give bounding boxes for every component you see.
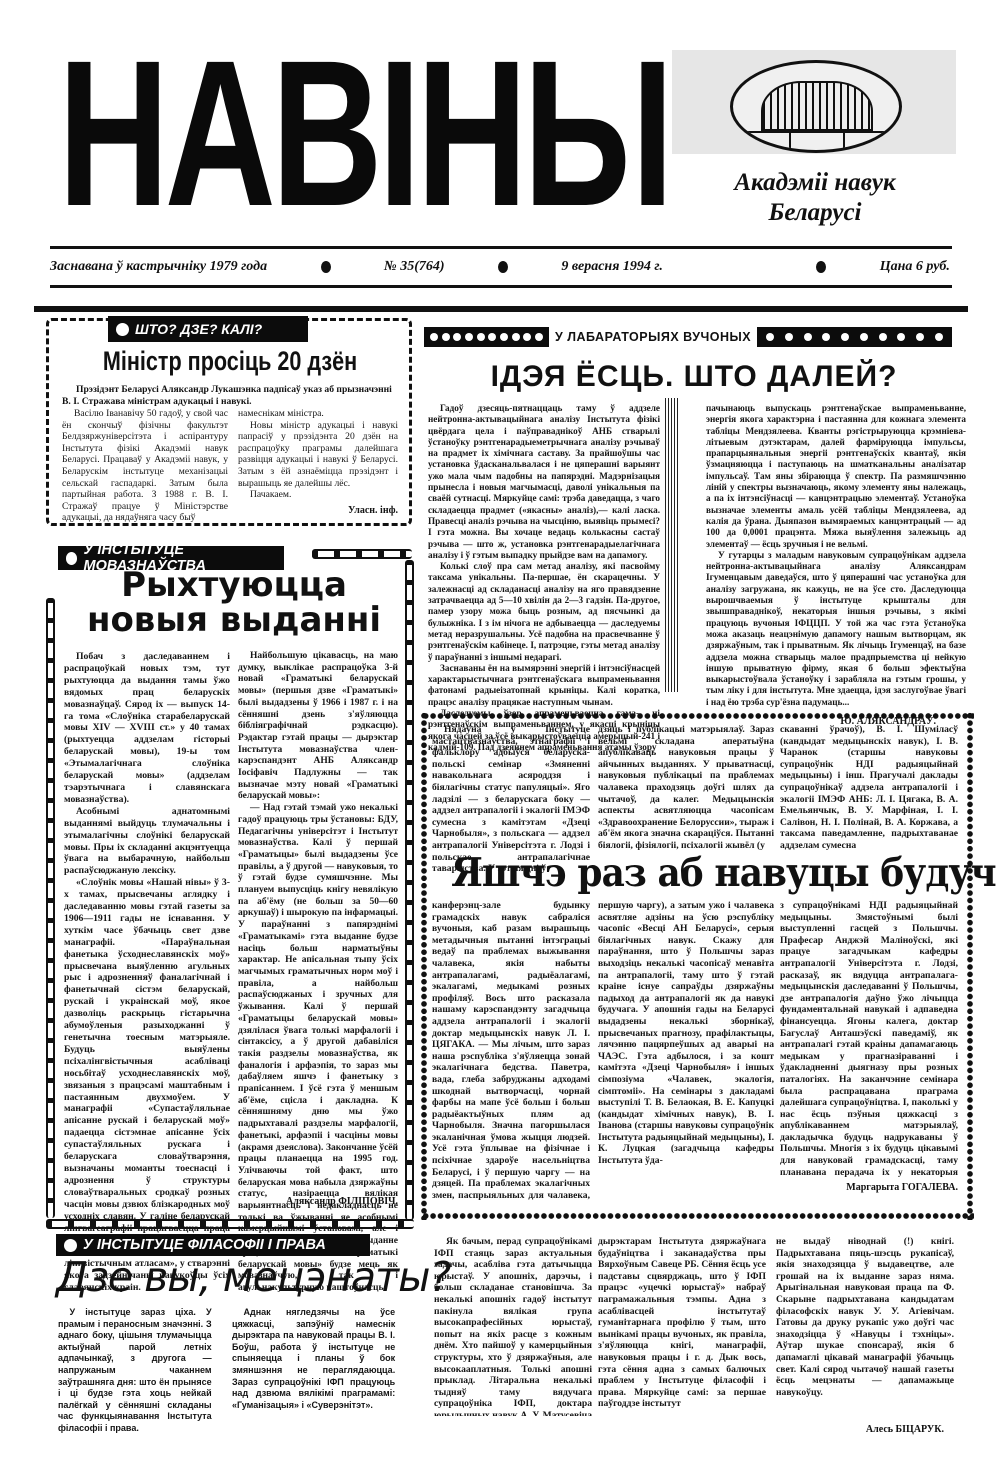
diamond-border-left	[420, 712, 428, 1220]
lab-column-1: Гадоў дзесяць-пятнаццаць таму ў аддзеле …	[428, 403, 660, 753]
seminar-signature: Маргарыта ГОГАЛЕВА.	[780, 1182, 958, 1193]
bullet-icon	[66, 552, 77, 565]
rubric-text: У ЛАБАРАТОРЫЯХ ВУЧОНЫХ	[549, 330, 757, 344]
issue-date: 9 верасня 1994 г.	[561, 259, 662, 275]
philosophy-signature: Алесь БІЦАРУК.	[776, 1424, 944, 1435]
language-signature: Аляксандр ФІЛІПОВІЧ.	[238, 1196, 398, 1207]
minister-headline: Міністр просіць 20 дзён	[94, 346, 366, 377]
issue-info-bar: Заснавана ў кастрычніку 1979 года № 35(7…	[50, 252, 950, 282]
newspaper-title: НАВІНЫ	[58, 44, 495, 224]
seminar-column-b-continued: першую чаргу), а затым ужо і чалавека ас…	[598, 900, 774, 1200]
column-separator	[665, 398, 679, 692]
lab-headline: ІДЭЯ ЁСЦЬ. ШТО ДАЛЕЙ?	[424, 360, 964, 394]
chain-border-left	[46, 598, 55, 1218]
philosophy-headline: Дзе вы, мецэнаты?	[56, 1254, 416, 1300]
top-rule	[50, 246, 952, 249]
bullet-icon	[321, 261, 331, 273]
academy-building-icon	[730, 60, 902, 153]
bullet-icon	[116, 323, 129, 336]
dot-strip-right	[757, 327, 952, 347]
diamond-border-right	[966, 712, 974, 1220]
philosophy-column-3: Як бачым, перад супрацоўнікамі ІФП стаяц…	[434, 1236, 592, 1416]
chain-border-top	[312, 549, 412, 559]
language-headline: Рыхтуюцца новыя выданні	[60, 568, 408, 638]
founded-text: Заснавана ў кастрычніку 1979 года	[50, 259, 267, 275]
diamond-border-top	[422, 712, 974, 720]
building-steps	[789, 129, 845, 153]
issue-price: Цана 6 руб.	[880, 259, 950, 275]
bullet-icon	[498, 261, 508, 273]
bullet-icon	[816, 261, 826, 273]
rubric-text: У ІНСТЫТУЦЕ ФІЛАСОФІІ І ПРАВА	[83, 1237, 326, 1253]
seminar-column-a-continued: канферэнц-зале будынку грамадскіх навук …	[432, 900, 590, 1200]
building-facade	[761, 81, 873, 131]
minister-column-2: намеснікам міністра. Новы міністр адукац…	[238, 408, 398, 516]
bullet-icon	[64, 1239, 77, 1252]
language-column-1: Побач з даследаваннем і распрацоўкай нов…	[64, 651, 230, 1294]
subtitle-line-2: Беларусі	[690, 198, 940, 228]
chain-border-right	[405, 560, 414, 1220]
minister-signature: Уласн. інф.	[238, 505, 398, 517]
seminar-column-c-continued: з супрацоўнікамі НДІ радыяцыйнай медыцын…	[780, 900, 958, 1178]
rubric-what-where-when: ШТО? ДЗЕ? КАЛІ?	[108, 316, 308, 342]
thick-rule	[34, 306, 968, 312]
seminar-column-b: дзяць і публікацыі матэрыялаў. Зараз вел…	[598, 724, 774, 852]
philosophy-column-5: не выдаў ніводнай (!) кнігі. Падрыхтаван…	[776, 1236, 954, 1416]
seminar-column-c: скаванні ўрачоў), В. І. Шуміласў (кандыд…	[780, 724, 958, 852]
newspaper-subtitle: Акадэміі навук Беларусі	[690, 168, 940, 228]
philosophy-column-4: дырэктарам Інстытута дзяржаўнага будаўні…	[598, 1236, 766, 1416]
minister-column-1: Васілю Іванавічу 50 гадоў, у свой час ён…	[62, 408, 228, 524]
minister-lead: Прэзідэнт Беларусі Аляксандр Лукашэнка п…	[62, 384, 396, 407]
rubric-text: ШТО? ДЗЕ? КАЛІ?	[135, 321, 262, 337]
rubric-laboratories: У ЛАБАРАТОРЫЯХ ВУЧОНЫХ	[424, 326, 964, 348]
philosophy-column-1: У інстытуце зараз ціха. У прамым і перан…	[58, 1306, 212, 1434]
subtitle-line-1: Акадэміі навук	[690, 168, 940, 198]
dot-strip-left	[424, 327, 549, 347]
issue-number: № 35(764)	[384, 259, 445, 275]
philosophy-column-2: Аднак нягледзячы на ўсе цяжкасці, запэўн…	[232, 1306, 395, 1410]
lab-column-2: пачынаюць выпускаць рэнтгенаўскае выпрам…	[706, 403, 966, 727]
diamond-border-bottom	[422, 1212, 974, 1220]
info-bottom-rule	[50, 285, 952, 288]
seminar-headline: Яшчэ раз аб навуцы будучага	[451, 850, 939, 896]
